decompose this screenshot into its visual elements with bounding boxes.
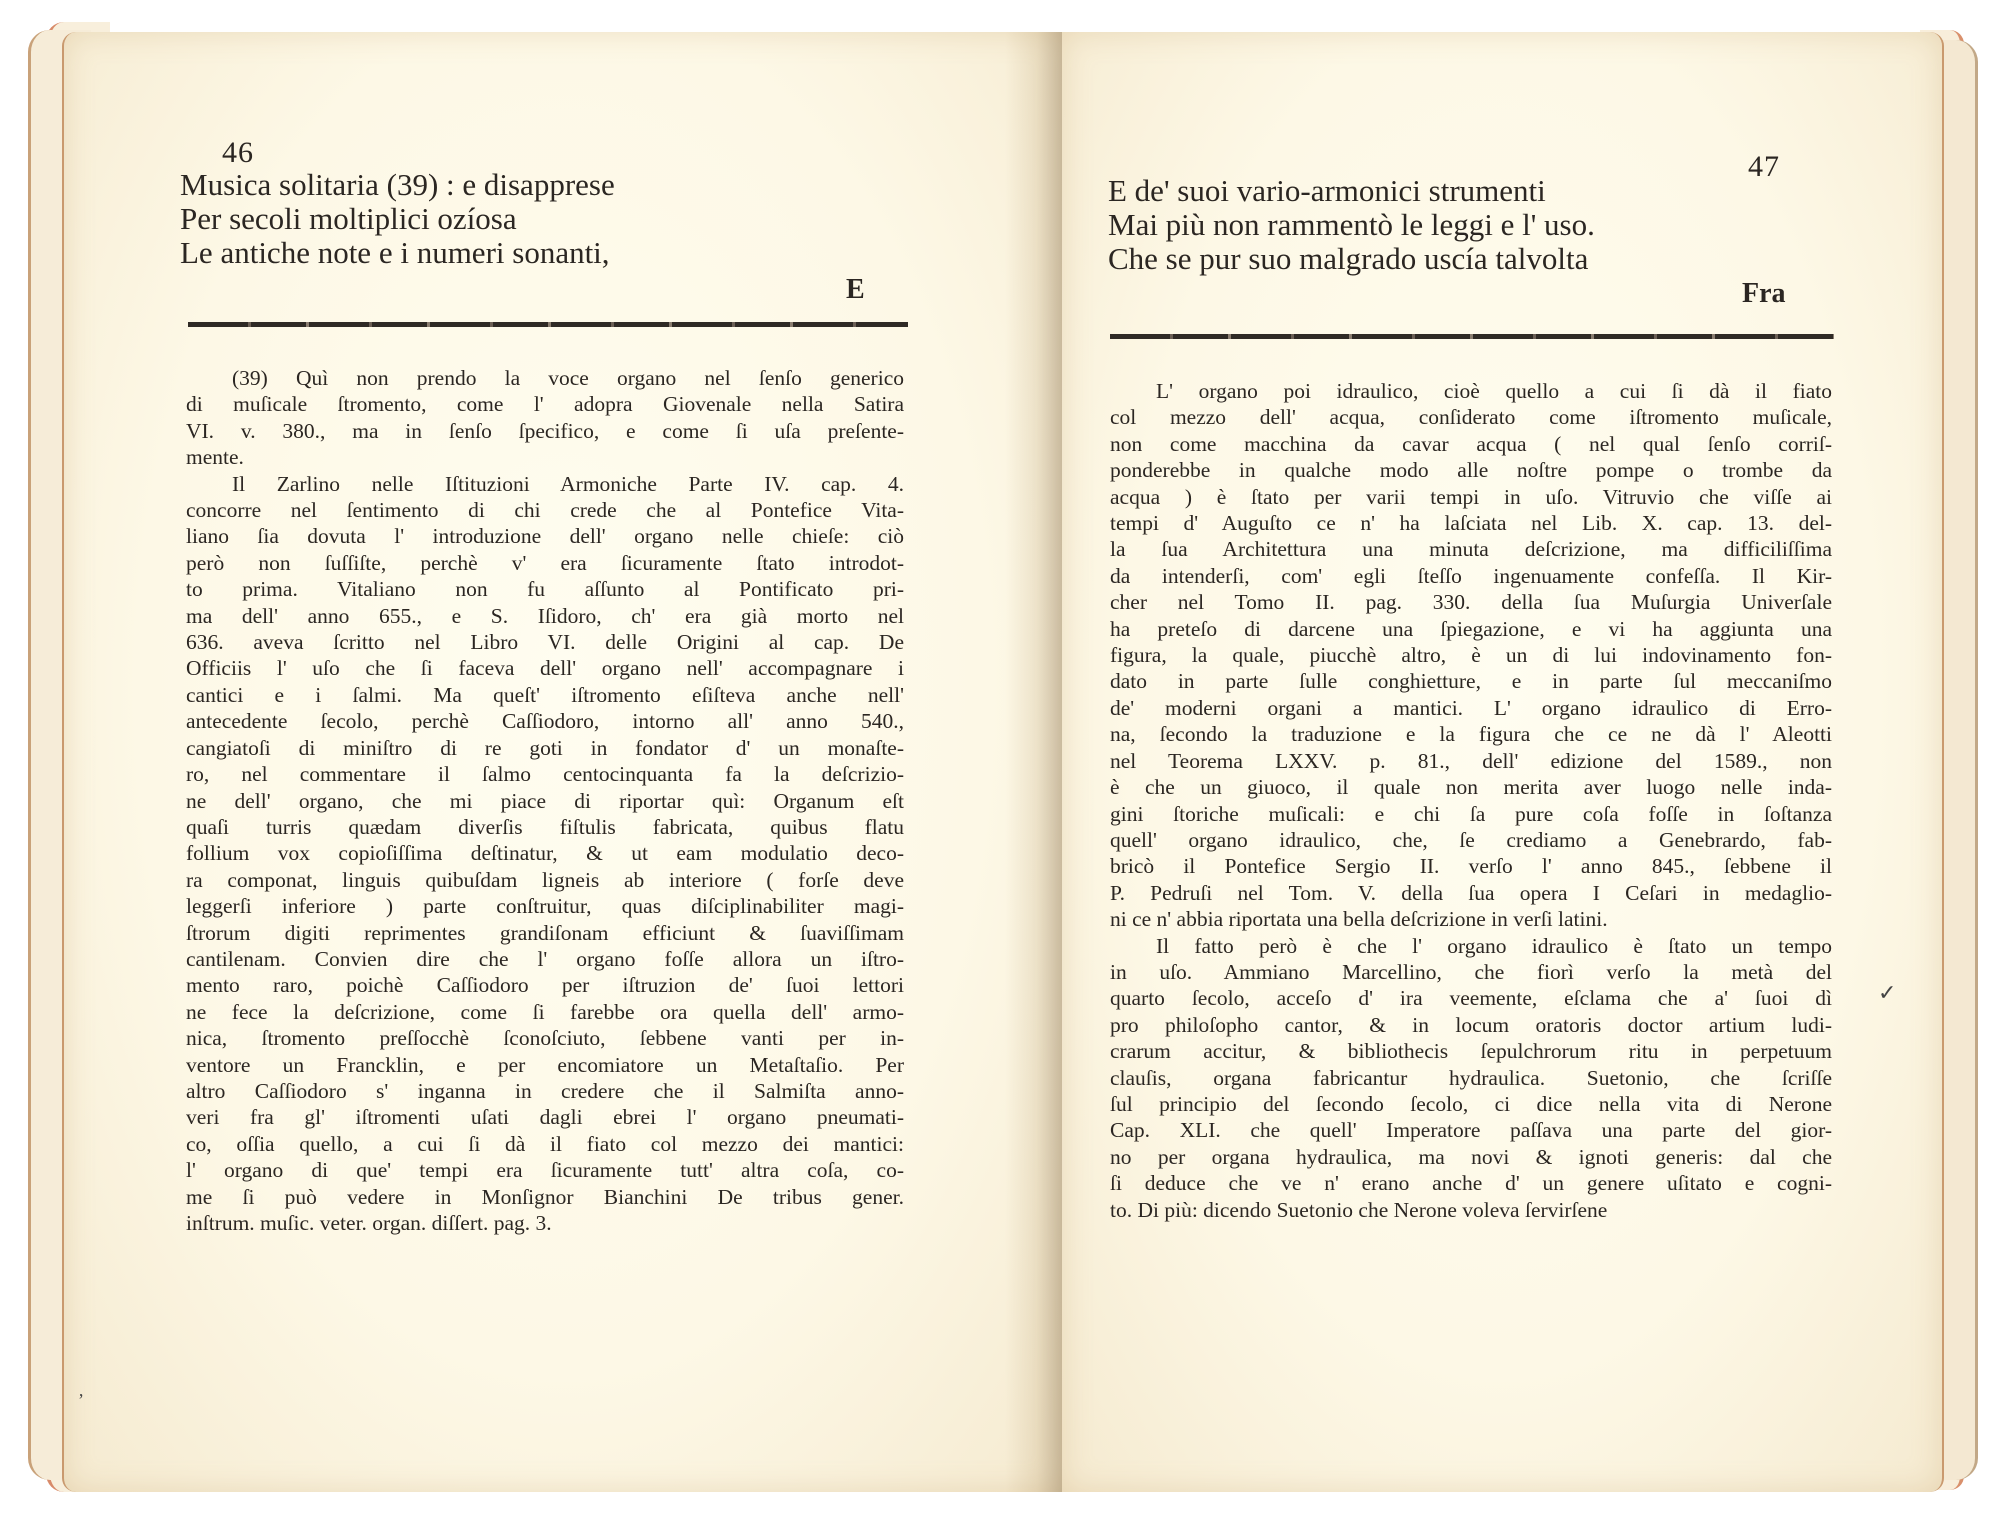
footnote-line: co, oſſia quello, a cui ſi dà il fiato c…	[186, 1131, 904, 1157]
footnote-line: in uſo. Ammiano Marcellino, che fiorì ve…	[1110, 959, 1832, 985]
footnote-line: inſtrum. muſic. veter. organ. diſſert. p…	[186, 1210, 904, 1236]
footnote-line: nel Teorema LXXV. p. 81., dell' edizione…	[1110, 748, 1832, 774]
footnote-line: non come macchina da cavar acqua ( nel q…	[1110, 431, 1832, 457]
footnote-line: ponderebbe in qualche modo alle noſtre p…	[1110, 457, 1832, 483]
footnote-line: altro Caſſiodoro s' inganna in credere c…	[186, 1078, 904, 1104]
right-page-number: 47	[1748, 150, 1780, 184]
left-footnote-block: (39) Quì non prendo la voce organo nel ſ…	[186, 365, 904, 1236]
footnote-line: quaſi turris quædam diverſis fiſtulis fa…	[186, 814, 904, 840]
verse-line: Le antiche note e i numeri sonanti,	[180, 234, 610, 272]
footnote-line: ne dell' organo, che mi piace di riporta…	[186, 788, 904, 814]
footnote-line: bricò il Pontefice Sergio II. verſo l' a…	[1110, 853, 1832, 879]
footnote-line: da intenderſi, com' egli ſteſſo ingenuam…	[1110, 563, 1832, 589]
footnote-line: de' moderni organi a mantici. L' organo …	[1110, 695, 1832, 721]
footnote-line: quell' organo idraulico, che, ſe crediam…	[1110, 827, 1832, 853]
footnote-line: ha preteſo di darcene una ſpiegazione, e…	[1110, 616, 1832, 642]
footnote-line: è che un giuoco, il quale non merita ave…	[1110, 774, 1832, 800]
footnote-line: Officiis l' uſo che ſi faceva dell' orga…	[186, 655, 904, 681]
footnote-line: veri fra gl' iſtromenti uſati dagli ebre…	[186, 1104, 904, 1130]
footnote-line: l' organo di que' tempi era ſicuramente …	[186, 1157, 904, 1183]
footnote-line: ni ce n' abbia riportata una bella deſcr…	[1110, 906, 1832, 932]
left-page-number: 46	[222, 136, 254, 170]
footnote-separator-rule	[1110, 334, 1834, 339]
footnote-line: cantilenam. Convien dire che l' organo f…	[186, 946, 904, 972]
verse-line: E de' suoi vario-armonici strumenti	[1108, 172, 1546, 210]
footnote-line: tempi d' Auguſto ce n' ha laſciata nel L…	[1110, 510, 1832, 536]
footnote-line: follium vox copioſiſſima deſtinatur, & u…	[186, 840, 904, 866]
footnote-line: ro, nel commentare il ſalmo centocinquan…	[186, 761, 904, 787]
footnote-line: to. Di più: dicendo Suetonio che Nerone …	[1110, 1197, 1832, 1223]
footnote-line: me ſi può vedere in Monſignor Bianchini …	[186, 1184, 904, 1210]
footnote-line: ventore un Francklin, e per encomiatore …	[186, 1052, 904, 1078]
footnote-line: no per organa hydraulica, ma novi & igno…	[1110, 1144, 1832, 1170]
open-book: 46 Musica solitaria (39) : e disapprese …	[0, 0, 1999, 1533]
footnote-line: cantici e i ſalmi. Ma queſt' iſtromento …	[186, 682, 904, 708]
footnote-line: crarum accitur, & bibliothecis ſepulchro…	[1110, 1038, 1832, 1064]
footnote-line: liano ſia dovuta l' introduzione dell' o…	[186, 523, 904, 549]
footnote-line: mento raro, poichè Caſſiodoro per iſtruz…	[186, 972, 904, 998]
footnote-separator-rule	[188, 322, 908, 327]
footnote-line: cher nel Tomo II. pag. 330. della ſua Mu…	[1110, 589, 1832, 615]
footnote-line: leggerſi inferiore ) parte conſtruitur, …	[186, 893, 904, 919]
footnote-line: ſtrorum digiti reprimentes grandiſonam e…	[186, 920, 904, 946]
footnote-line: ſi deduce che ve n' erano anche d' un ge…	[1110, 1170, 1832, 1196]
left-catchword: E	[846, 274, 865, 306]
book-gutter-shadow	[1005, 32, 1063, 1492]
footnote-line: clauſis, organa fabricantur hydraulica. …	[1110, 1065, 1832, 1091]
footnote-line: concorre nel ſentimento di chi crede che…	[186, 497, 904, 523]
footnote-line: gini ſtoriche muſicali: e chi ſa pure co…	[1110, 801, 1832, 827]
footnote-line: quarto ſecolo, acceſo d' ira veemente, e…	[1110, 985, 1832, 1011]
verse-line: Mai più non rammentò le leggi e l' uso.	[1108, 206, 1595, 244]
footnote-line: ra componat, linguis quibuſdam ligneis a…	[186, 867, 904, 893]
verse-line: Che se pur suo malgrado uscía talvolta	[1108, 240, 1588, 278]
footnote-line: cangiatoſi di miniſtro di re goti in fon…	[186, 735, 904, 761]
verse-line: Per secoli moltiplici ozíosa	[180, 200, 517, 238]
footnote-line: col mezzo dell' acqua, conſiderato come …	[1110, 404, 1832, 430]
footnote-line: ne fece la deſcrizione, come ſi farebbe …	[186, 999, 904, 1025]
pencil-check-mark: ✓	[1878, 980, 1896, 1006]
footnote-line: acqua ) è ſtato per varii tempi in uſo. …	[1110, 484, 1832, 510]
footnote-line: di muſicale ſtromento, come l' adopra Gi…	[186, 391, 904, 417]
footnote-line: nica, ſtromento preſſocchè ſconoſciuto, …	[186, 1025, 904, 1051]
footnote-line: VI. v. 380., ma in ſenſo ſpecifico, e co…	[186, 418, 904, 444]
stray-ink-mark: ʼ	[78, 1390, 84, 1411]
footnote-line: ſul principio del ſecondo ſecolo, ci dic…	[1110, 1091, 1832, 1117]
footnote-line: to prima. Vitaliano non fu aſſunto al Po…	[186, 576, 904, 602]
footnote-line: Cap. XLI. che quell' Imperatore paſſava …	[1110, 1117, 1832, 1143]
footnote-line: L' organo poi idraulico, cioè quello a c…	[1110, 378, 1832, 404]
right-catchword: Fra	[1742, 278, 1786, 310]
footnote-line: ma dell' anno 655., e S. Iſidoro, ch' er…	[186, 603, 904, 629]
footnote-line: 636. aveva ſcritto nel Libro VI. delle O…	[186, 629, 904, 655]
verse-line: Musica solitaria (39) : e disapprese	[180, 166, 615, 204]
footnote-line: Il Zarlino nelle Iſtituzioni Armoniche P…	[186, 471, 904, 497]
footnote-line: mente.	[186, 444, 904, 470]
footnote-line: dato in parte ſulle conghietture, e in p…	[1110, 668, 1832, 694]
right-footnote-block: L' organo poi idraulico, cioè quello a c…	[1110, 378, 1832, 1223]
footnote-line: (39) Quì non prendo la voce organo nel ſ…	[186, 365, 904, 391]
footnote-line: antecedente ſecolo, perchè Caſſiodoro, i…	[186, 708, 904, 734]
footnote-line: pro philoſopho cantor, & in locum orator…	[1110, 1012, 1832, 1038]
footnote-line: però non ſuſſiſte, perchè v' era ſicuram…	[186, 550, 904, 576]
footnote-line: figura, la quale, piucchè altro, è un di…	[1110, 642, 1832, 668]
footnote-line: P. Pedruſi nel Tom. V. della ſua opera I…	[1110, 880, 1832, 906]
footnote-line: Il fatto però è che l' organo idraulico …	[1110, 933, 1832, 959]
footnote-line: la ſua Architettura una minuta deſcrizio…	[1110, 536, 1832, 562]
footnote-line: na, ſecondo la traduzione e la figura ch…	[1110, 721, 1832, 747]
